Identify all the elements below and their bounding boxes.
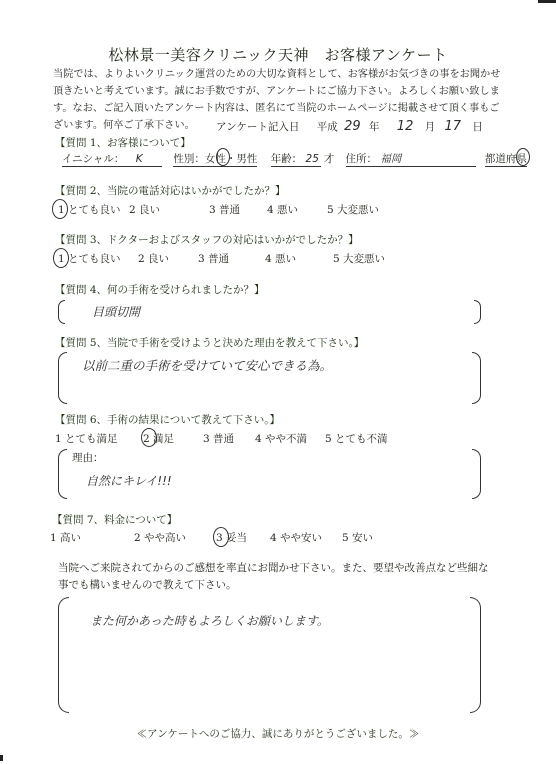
- q3-options: 1 とても良い 2 良い 3 普通 4 悪い 5 大変悪い: [55, 251, 475, 267]
- gender-field[interactable]: 性別：女性・男性: [173, 151, 257, 167]
- q5-bracket-left: [58, 352, 67, 404]
- address-label: 住所：: [346, 153, 378, 165]
- gender-male-option[interactable]: 男性: [236, 153, 257, 165]
- q2-options: 1 とても良い 2 良い 3 普通 4 悪い 5 大変悪い: [55, 202, 475, 218]
- address-value: 福岡: [380, 153, 401, 165]
- q2-option-2[interactable]: 2 良い: [129, 202, 160, 217]
- comments-prompt: 当院へご来院されてからのご感想を率直にお聞かせ下さい。また、要望や改善点など些細…: [58, 560, 498, 594]
- entry-date-era: 平成: [317, 119, 338, 134]
- q5-answer[interactable]: 以前二重の手術を受けていて安心できる為。: [82, 356, 332, 374]
- q7-heading: 【質問 7、料金について】: [52, 512, 177, 527]
- entry-date-day[interactable]: 17: [445, 119, 462, 134]
- age-label: 年齢：: [271, 153, 303, 165]
- q6-heading: 【質問 6、手術の結果について教えて下さい。】: [55, 412, 280, 427]
- age-value: 25: [306, 153, 319, 165]
- q2-option-3[interactable]: 3 普通: [209, 202, 240, 217]
- entry-date-label: アンケート記入日: [216, 119, 299, 134]
- entry-date-month[interactable]: 12: [397, 119, 414, 134]
- q6-reason-label: 理由：: [72, 450, 104, 465]
- q3-selected-circle: [53, 248, 69, 268]
- q6-option-5[interactable]: 5 とても不満: [325, 431, 388, 446]
- day-unit: 日: [472, 119, 483, 134]
- q6-bracket-right: [472, 449, 481, 499]
- q3-option-3[interactable]: 3 普通: [198, 251, 229, 266]
- initial-label: イニシャル：: [62, 153, 124, 165]
- footer-thanks: ≪アンケートへのご協力、誠にありがとうございました。≫: [0, 726, 556, 741]
- prefecture-field[interactable]: 都道府県: [485, 151, 527, 167]
- q6-reason-answer[interactable]: 自然にキレイ!!!: [86, 472, 172, 489]
- q7-option-5[interactable]: 5 安い: [342, 530, 373, 545]
- comments-bracket-right: [470, 597, 481, 713]
- q1-fields: イニシャル： K 性別：女性・男性 年齢： 25 才 住所： 福岡 都道府県: [62, 151, 527, 167]
- q6-option-4[interactable]: 4 やや不満: [255, 431, 307, 446]
- q7-option-4[interactable]: 4 やや安い: [270, 530, 322, 545]
- scan-artifact: [538, 0, 556, 3]
- q6-option-1[interactable]: 1 とても満足: [55, 431, 118, 446]
- q4-answer[interactable]: 目頭切開: [92, 303, 140, 320]
- q4-heading: 【質問 4、何の手術を受けられましたか？】: [55, 282, 265, 297]
- q6-option-3[interactable]: 3 普通: [203, 431, 234, 446]
- q7-option-2[interactable]: 2 やや高い: [134, 530, 186, 545]
- gender-label: 性別：: [173, 153, 205, 165]
- comments-bracket-left: [58, 597, 69, 713]
- q1-heading: 【質問 1、お客様について】: [55, 135, 191, 150]
- q2-option-4[interactable]: 4 悪い: [267, 202, 298, 217]
- q2-heading: 【質問 2、当院の電話対応はいかがでしたか？】: [55, 183, 286, 198]
- q3-option-4[interactable]: 4 悪い: [265, 251, 296, 266]
- q4-bracket-left: [58, 300, 65, 324]
- q7-selected-circle: [213, 527, 229, 547]
- q6-bracket-left: [58, 449, 67, 499]
- q2-selected-circle: [52, 199, 68, 219]
- age-unit: 才: [324, 153, 335, 165]
- q2-option-5[interactable]: 5 大変悪い: [327, 202, 379, 217]
- q5-heading: 【質問 5、当院で手術を受けようと決めた理由を教えて下さい。】: [55, 335, 364, 350]
- year-unit: 年: [369, 119, 380, 134]
- entry-date-year[interactable]: 29: [344, 119, 361, 134]
- initial-field[interactable]: イニシャル： K: [62, 151, 162, 167]
- q6-selected-circle: [141, 428, 157, 447]
- q3-option-5[interactable]: 5 大変悪い: [333, 251, 385, 266]
- q4-bracket-right: [474, 300, 481, 324]
- q6-options: 1 とても満足 2 満足 3 普通 4 やや不満 5 とても不満: [55, 431, 475, 447]
- address-field[interactable]: 住所： 福岡: [346, 151, 476, 167]
- month-unit: 月: [425, 119, 436, 134]
- age-field[interactable]: 年齢： 25: [271, 151, 321, 167]
- q3-heading: 【質問 3、ドクターおよびスタッフの対応はいかがでしたか？】: [55, 232, 359, 247]
- initial-value: K: [136, 153, 143, 165]
- q5-bracket-right: [472, 352, 481, 404]
- q3-option-2[interactable]: 2 良い: [138, 251, 169, 266]
- page-title: 松林景一美容クリニック天神 お客様アンケート: [0, 44, 556, 65]
- entry-date: アンケート記入日 平成 29 年 12 月 17 日: [216, 119, 483, 134]
- scan-artifact: [0, 755, 3, 761]
- q7-option-1[interactable]: 1 高い: [50, 530, 81, 545]
- q7-options: 1 高い 2 やや高い 3 妥当 4 やや安い 5 安い: [50, 530, 470, 546]
- prefecture-selected-circle: [516, 148, 530, 166]
- comments-answer[interactable]: また何かあった時もよろしくお願いします。: [90, 612, 329, 629]
